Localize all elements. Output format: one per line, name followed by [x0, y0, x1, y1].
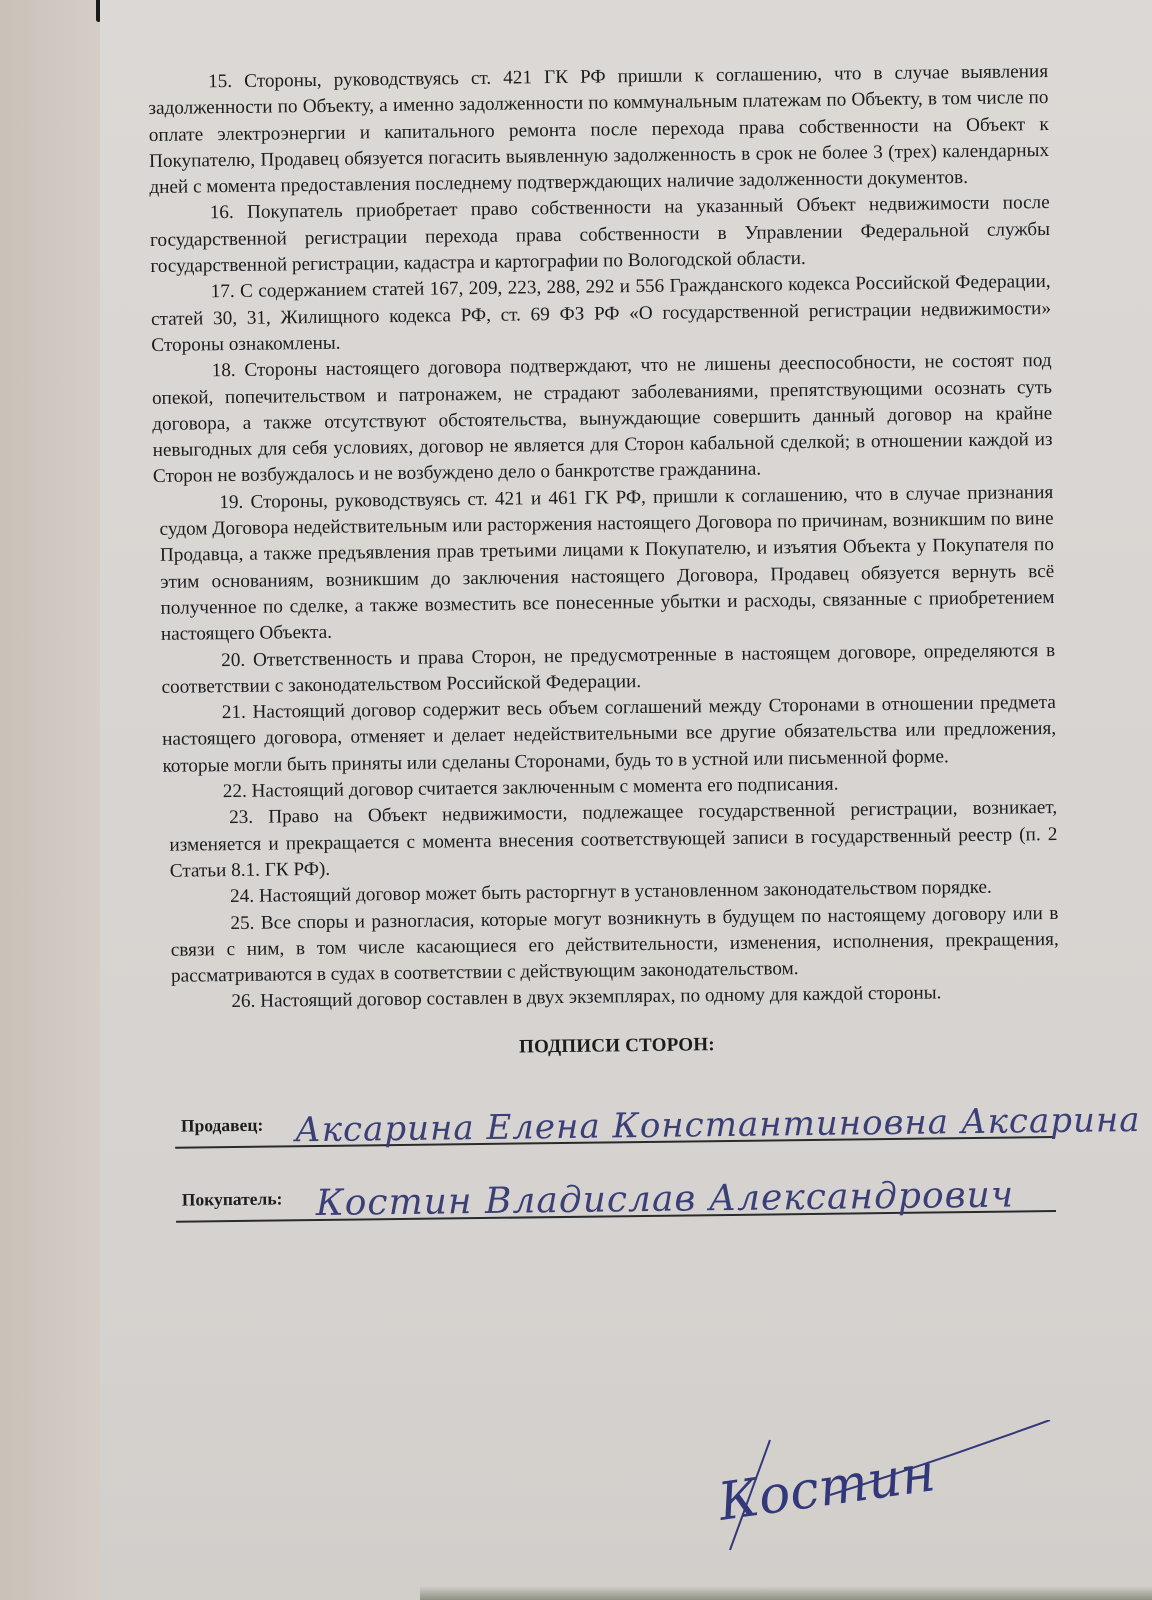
signatures-section: ПОДПИСИ СТОРОН: Продавец: Аксарина Елена…: [174, 1028, 1062, 1223]
seller-handwritten-name: Аксарина Елена Константиновна Аксарина: [295, 1107, 1141, 1144]
page-edge-shadow: [420, 1586, 1152, 1600]
clause-25: 25. Все споры и разногласия, которые мог…: [170, 900, 1059, 990]
buyer-signature-line: Покупатель: Костин Владислав Александров…: [175, 1148, 1056, 1223]
seller-label: Продавец:: [181, 1111, 264, 1138]
buyer-autograph: Костин: [700, 1420, 1060, 1560]
clause-17: 17. С содержанием статей 167, 209, 223, …: [151, 269, 1052, 359]
clause-15: 15. Стороны, руководствуясь ст. 421 ГК Р…: [148, 59, 1050, 201]
clause-21: 21. Настоящий договор содержит весь объе…: [162, 690, 1057, 780]
clause-16: 16. Покупатель приобретает право собстве…: [150, 190, 1051, 280]
clause-18: 18. Стороны настоящего договора подтверж…: [152, 348, 1054, 490]
seller-signature-line: Продавец: Аксарина Елена Константиновна …: [174, 1074, 1055, 1149]
buyer-label: Покупатель:: [182, 1185, 283, 1213]
contract-body: 15. Стороны, руководствуясь ст. 421 ГК Р…: [148, 59, 1062, 1233]
buyer-handwritten-name: Костин Владислав Александрович: [316, 1182, 1015, 1217]
signatures-heading: ПОДПИСИ СТОРОН:: [174, 1028, 1060, 1065]
clause-19: 19. Стороны, руководствуясь ст. 421 и 46…: [159, 480, 1055, 649]
background-surface: [0, 0, 100, 1600]
clause-23: 23. Право на Объект недвижимости, подлеж…: [169, 795, 1058, 885]
